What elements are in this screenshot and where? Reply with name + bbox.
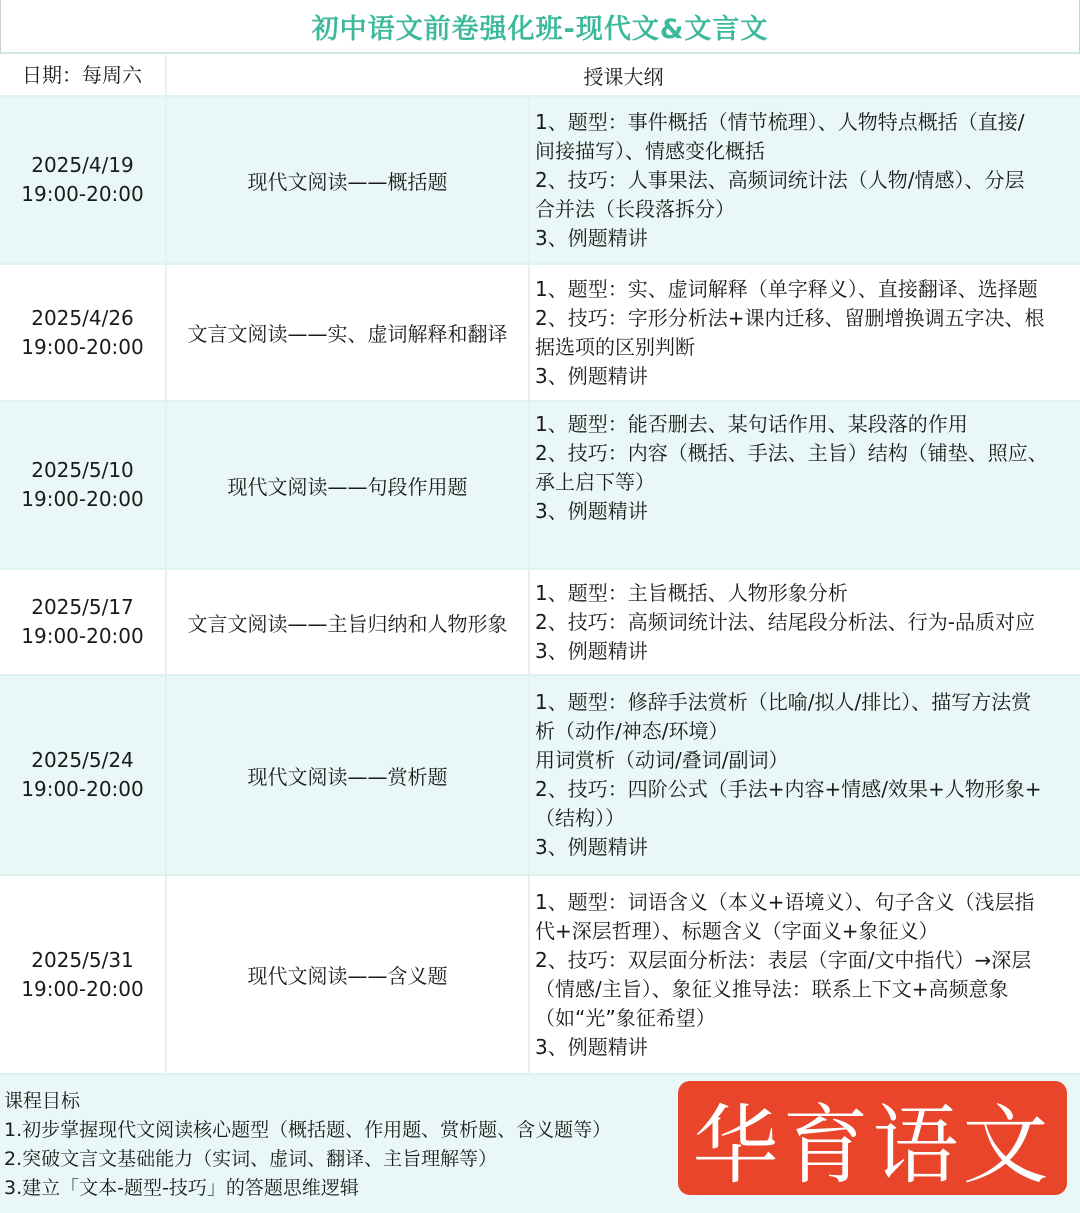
outline-line: 3、例题精讲 — [535, 833, 648, 862]
table-header-row: 日期：每周六 授课大纲 — [0, 55, 1080, 97]
outline-line: 3、例题精讲 — [535, 637, 648, 666]
header-date: 日期：每周六 — [0, 55, 167, 95]
outline-line: 2、技巧：双层面分析法：表层（字面/文中指代）→深层 — [535, 946, 1031, 975]
session-time: 19:00-20:00 — [21, 180, 144, 209]
session-topic: 现代文阅读——赏析题 — [248, 761, 448, 790]
outline-line: 承上启下等） — [535, 468, 655, 497]
session-topic: 文言文阅读——主旨归纳和人物形象 — [188, 608, 508, 637]
session-topic-cell: 现代文阅读——赏析题 — [167, 676, 530, 874]
outline-line: 3、例题精讲 — [535, 362, 648, 391]
session-date-cell: 2025/4/19 19:00-20:00 — [0, 97, 167, 263]
session-outline-cell: 1、题型：事件概括（情节梳理）、人物特点概括（直接/ 间接描写）、情感变化概括 … — [530, 97, 1080, 263]
session-outline-cell: 1、题型：主旨概括、人物形象分析 2、技巧：高频词统计法、结尾段分析法、行为-品… — [530, 570, 1080, 674]
session-date: 2025/5/17 — [31, 593, 134, 622]
goal-item: 3.建立「文本-题型-技巧」的答题思维逻辑 — [4, 1174, 611, 1203]
session-outline-cell: 1、题型：修辞手法赏析（比喻/拟人/排比）、描写方法赏 析（动作/神态/环境） … — [530, 676, 1080, 874]
outline-line: 用词赏析（动词/叠词/副词） — [535, 746, 788, 775]
session-date-cell: 2025/4/26 19:00-20:00 — [0, 265, 167, 400]
outline-line: 析（动作/神态/环境） — [535, 717, 728, 746]
session-time: 19:00-20:00 — [21, 975, 144, 1004]
outline-line: （情感/主旨）、象征义推导法：联系上下文+高频意象 — [535, 975, 1009, 1004]
title-bar: 初中语文前卷强化班-现代文&文言文 — [0, 0, 1080, 54]
outline-line: 1、题型：事件概括（情节梳理）、人物特点概括（直接/ — [535, 108, 1024, 137]
session-topic: 现代文阅读——概括题 — [248, 166, 448, 195]
session-date-cell: 2025/5/10 19:00-20:00 — [0, 402, 167, 568]
table-row: 2025/4/19 19:00-20:00 现代文阅读——概括题 1、题型：事件… — [0, 97, 1080, 265]
outline-line: 1、题型：能否删去、某句话作用、某段落的作用 — [535, 410, 968, 439]
outline-line: 1、题型：主旨概括、人物形象分析 — [535, 579, 848, 608]
outline-line: 3、例题精讲 — [535, 1033, 648, 1062]
session-time: 19:00-20:00 — [21, 775, 144, 804]
outline-line: 1、题型：实、虚词解释（单字释义）、直接翻译、选择题 — [535, 275, 1038, 304]
outline-line: 2、技巧：四阶公式（手法+内容+情感/效果+人物形象+ — [535, 775, 1042, 804]
goals-heading: 课程目标 — [4, 1087, 611, 1116]
goal-item: 1.初步掌握现代文阅读核心题型（概括题、作用题、赏析题、含义题等） — [4, 1116, 611, 1145]
table-row: 2025/5/31 19:00-20:00 现代文阅读——含义题 1、题型：词语… — [0, 876, 1080, 1075]
table-row: 2025/5/24 19:00-20:00 现代文阅读——赏析题 1、题型：修辞… — [0, 676, 1080, 876]
session-outline-cell: 1、题型：词语含义（本义+语境义）、句子含义（浅层指 代+深层哲理）、标题含义（… — [530, 876, 1080, 1073]
brand-logo: 华育语文 — [678, 1081, 1067, 1195]
table-row: 2025/5/10 19:00-20:00 现代文阅读——句段作用题 1、题型：… — [0, 402, 1080, 570]
outline-line: 合并法（长段落拆分） — [535, 195, 735, 224]
session-date-cell: 2025/5/31 19:00-20:00 — [0, 876, 167, 1073]
session-time: 19:00-20:00 — [21, 622, 144, 651]
header-outline: 授课大纲 — [167, 55, 1080, 95]
outline-line: 间接描写）、情感变化概括 — [535, 137, 765, 166]
outline-line: （结构）） — [535, 804, 625, 833]
session-date: 2025/5/10 — [31, 456, 134, 485]
course-goals: 课程目标 1.初步掌握现代文阅读核心题型（概括题、作用题、赏析题、含义题等） 2… — [4, 1087, 611, 1203]
session-date-cell: 2025/5/24 19:00-20:00 — [0, 676, 167, 874]
outline-line: 据选项的区别判断 — [535, 333, 695, 362]
header-outline-label: 授课大纲 — [584, 61, 664, 90]
session-topic-cell: 文言文阅读——主旨归纳和人物形象 — [167, 570, 530, 674]
session-topic: 现代文阅读——句段作用题 — [228, 471, 468, 500]
outline-line: 2、技巧：高频词统计法、结尾段分析法、行为-品质对应 — [535, 608, 1035, 637]
outline-line: 2、技巧：人事果法、高频词统计法（人物/情感）、分层 — [535, 166, 1024, 195]
session-outline-cell: 1、题型：能否删去、某句话作用、某段落的作用 2、技巧：内容（概括、手法、主旨）… — [530, 402, 1080, 568]
session-date: 2025/5/31 — [31, 946, 134, 975]
outline-line: 2、技巧：字形分析法+课内迁移、留删增换调五字决、根 — [535, 304, 1044, 333]
brand-label: 华育语文 — [693, 1076, 1053, 1200]
outline-line: 2、技巧：内容（概括、手法、主旨）结构（铺垫、照应、 — [535, 439, 1048, 468]
session-outline-cell: 1、题型：实、虚词解释（单字释义）、直接翻译、选择题 2、技巧：字形分析法+课内… — [530, 265, 1080, 400]
table-row: 2025/4/26 19:00-20:00 文言文阅读——实、虚词解释和翻译 1… — [0, 265, 1080, 402]
session-topic-cell: 文言文阅读——实、虚词解释和翻译 — [167, 265, 530, 400]
session-date-cell: 2025/5/17 19:00-20:00 — [0, 570, 167, 674]
session-topic-cell: 现代文阅读——概括题 — [167, 97, 530, 263]
session-time: 19:00-20:00 — [21, 333, 144, 362]
table-row: 2025/5/17 19:00-20:00 文言文阅读——主旨归纳和人物形象 1… — [0, 570, 1080, 676]
session-date: 2025/4/19 — [31, 151, 134, 180]
session-time: 19:00-20:00 — [21, 485, 144, 514]
session-date: 2025/5/24 — [31, 746, 134, 775]
outline-line: 3、例题精讲 — [535, 497, 648, 526]
outline-line: 1、题型：词语含义（本义+语境义）、句子含义（浅层指 — [535, 888, 1034, 917]
session-topic-cell: 现代文阅读——含义题 — [167, 876, 530, 1073]
outline-line: 3、例题精讲 — [535, 224, 648, 253]
session-topic: 现代文阅读——含义题 — [248, 960, 448, 989]
session-topic: 文言文阅读——实、虚词解释和翻译 — [188, 318, 508, 347]
session-date: 2025/4/26 — [31, 304, 134, 333]
session-topic-cell: 现代文阅读——句段作用题 — [167, 402, 530, 568]
page-title: 初中语文前卷强化班-现代文&文言文 — [312, 7, 769, 46]
outline-line: （如“光”象征希望） — [535, 1004, 716, 1033]
outline-line: 1、题型：修辞手法赏析（比喻/拟人/排比）、描写方法赏 — [535, 688, 1031, 717]
header-date-label: 日期：每周六 — [22, 61, 142, 90]
course-goals-footer: 课程目标 1.初步掌握现代文阅读核心题型（概括题、作用题、赏析题、含义题等） 2… — [0, 1075, 1080, 1213]
goal-item: 2.突破文言文基础能力（实词、虚词、翻译、主旨理解等） — [4, 1145, 611, 1174]
outline-line: 代+深层哲理）、标题含义（字面义+象征义） — [535, 917, 939, 946]
